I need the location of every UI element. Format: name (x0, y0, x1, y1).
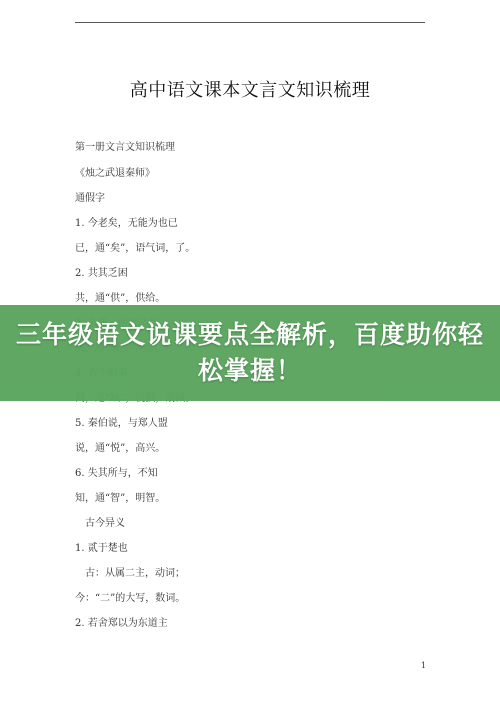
document-line: 说，通“悦”，高兴。 (75, 439, 165, 454)
headline-banner: 三年级语文说课要点全解析，百度助你轻松掌握！ (0, 305, 500, 401)
document-line: 2. 共其乏困 (75, 264, 128, 279)
banner-headline: 三年级语文说课要点全解析，百度助你轻松掌握！ (15, 317, 485, 389)
document-line: 5. 秦伯说，与郑人盟 (75, 414, 168, 429)
document-line: 知，通“智”，明智。 (75, 489, 165, 504)
document-line: 今：“二”的大写，数词。 (75, 589, 185, 604)
document-line: 6. 失其所与，不知 (75, 464, 158, 479)
document-line: 古今异义 (85, 514, 125, 529)
header-rule (75, 22, 425, 23)
document-line: 古：从属二主，动词； (85, 564, 185, 579)
document-line: 《烛之武退秦师》 (75, 164, 155, 179)
document-line: 2. 若舍郑以为东道主 (75, 614, 168, 629)
document-line: 通假字 (75, 189, 105, 204)
document-title: 高中语文课本文言文知识梳理 (0, 76, 500, 102)
document-line: 共，通“供”，供给。 (75, 289, 165, 304)
document-line: 已，通“矣”，语气词，了。 (75, 239, 195, 254)
page-number: 1 (421, 661, 426, 670)
document-line: 1. 今老矣，无能为也已 (75, 214, 178, 229)
document-line: 1. 贰于楚也 (75, 539, 128, 554)
document-line: 第一册文言文知识梳理 (75, 138, 175, 153)
